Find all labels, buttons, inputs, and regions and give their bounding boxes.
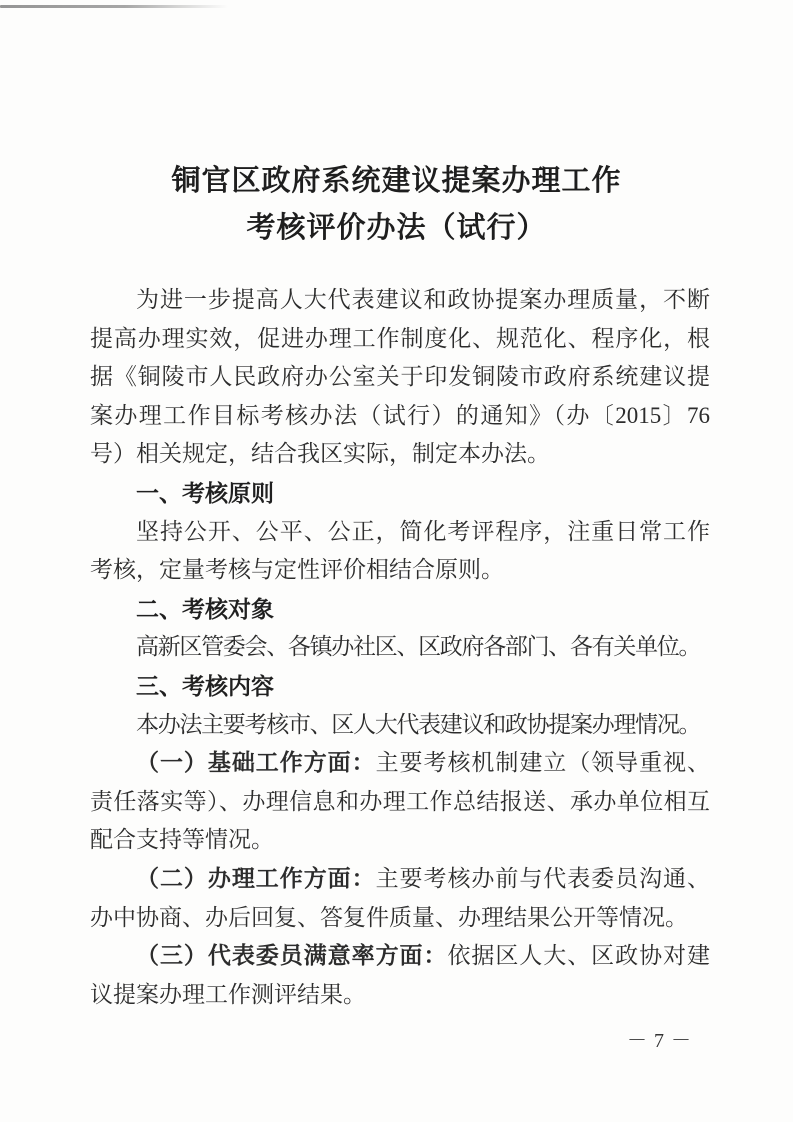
document-title: 铜官区政府系统建议提案办理工作 考核评价办法（试行） xyxy=(0,158,793,252)
document-title-line-2: 考核评价办法（试行） xyxy=(0,205,793,252)
section-3-item-1: （一）基础工作方面：主要考核机制建立（领导重视、责任落实等）、办理信息和办理工作… xyxy=(90,744,710,860)
section-3-item-2: （二）办理工作方面：主要考核办前与代表委员沟通、办中协商、办后回复、答复件质量、… xyxy=(90,860,710,937)
document-body: 为进一步提高人大代表建议和政协提案办理质量，不断提高办理实效，促进办理工作制度化… xyxy=(90,281,710,1014)
scan-artifact-line xyxy=(0,5,228,8)
section-2-heading: 二、考核对象 xyxy=(90,590,710,629)
intro-paragraph: 为进一步提高人大代表建议和政协提案办理质量，不断提高办理实效，促进办理工作制度化… xyxy=(90,281,710,474)
section-3-item-3: （三）代表委员满意率方面：依据区人大、区政协对建议提案办理工作测评结果。 xyxy=(90,937,710,1014)
section-3-body: 本办法主要考核市、区人大代表建议和政协提案办理情况。 xyxy=(90,706,710,745)
document-title-line-1: 铜官区政府系统建议提案办理工作 xyxy=(0,158,793,205)
scanned-document-page: 铜官区政府系统建议提案办理工作 考核评价办法（试行） 为进一步提高人大代表建议和… xyxy=(0,0,793,1122)
section-3-heading: 三、考核内容 xyxy=(90,667,710,706)
page-number: － 7 － xyxy=(627,1024,692,1053)
section-1-body: 坚持公开、公平、公正，简化考评程序，注重日常工作考核，定量考核与定性评价相结合原… xyxy=(90,513,710,590)
section-3-item-2-lead: （二）办理工作方面： xyxy=(136,866,376,891)
section-2-body: 高新区管委会、各镇办社区、区政府各部门、各有关单位。 xyxy=(90,628,710,667)
section-3-item-3-lead: （三）代表委员满意率方面： xyxy=(136,943,447,968)
section-1-heading: 一、考核原则 xyxy=(90,474,710,513)
section-3-item-1-lead: （一）基础工作方面： xyxy=(136,750,376,775)
